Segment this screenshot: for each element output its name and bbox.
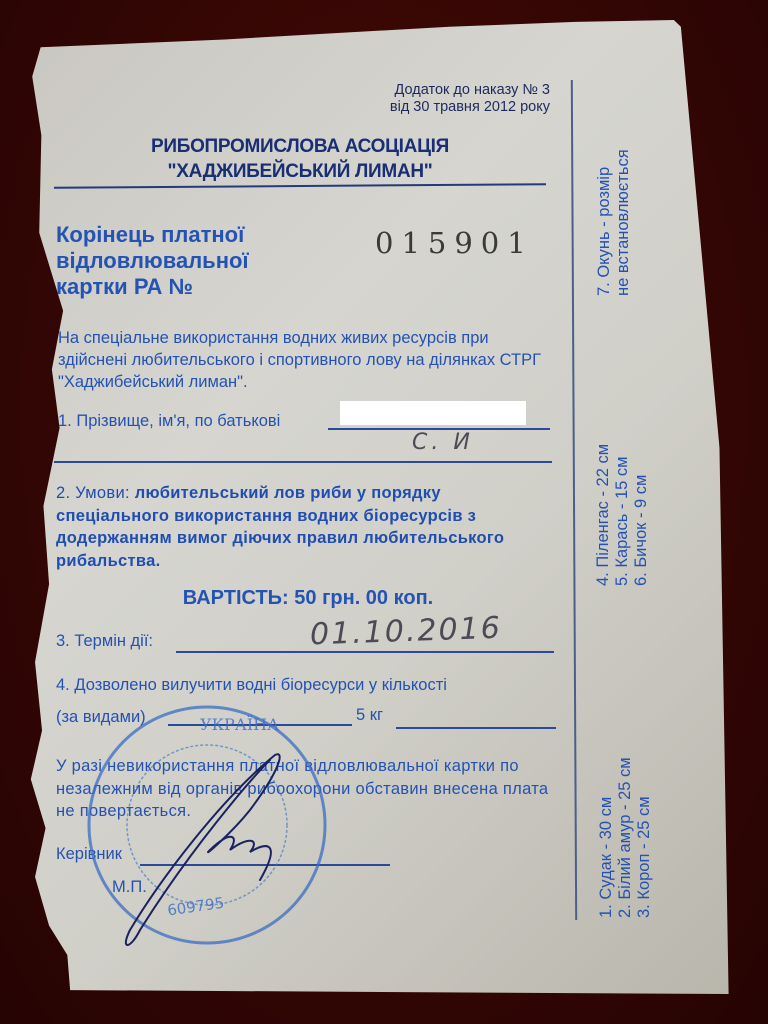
name-field-line-2 (54, 461, 552, 463)
conditions-text: 2. Умови: любительський лов риби у поряд… (56, 482, 556, 572)
allowed-amount: 5 кг (356, 706, 383, 725)
conditions-label: 2. Умови: (56, 484, 130, 502)
allowed-label: 4. Дозволено вилучити водні біоресурси у… (56, 676, 447, 695)
validity-label: 3. Термін дії: (56, 632, 153, 651)
stub-title-line-1: Корінець платної (56, 222, 249, 248)
signature-scribble-icon (100, 740, 300, 960)
size-item-7: 7. Окунь - розмір (594, 167, 614, 296)
size-item-6: 6. Бичок - 9 см (631, 475, 651, 586)
name-field-label: 1. Прізвище, ім'я, по батькові (58, 412, 280, 431)
stub-title-line-3: картки РА № (56, 274, 249, 300)
size-item-3: 3. Короп - 25 см (634, 796, 654, 918)
size-item-5: 5. Карась - 15 см (612, 456, 632, 586)
addendum-line-2: від 30 травня 2012 року (330, 99, 550, 116)
serial-number: 015901 (375, 226, 534, 260)
association-line-2: "ХАДЖИБЕЙСЬКИЙ ЛИМАН" (60, 159, 540, 184)
redacted-name-box (340, 401, 526, 425)
association-line-1: РИБОПРОМИСЛОВА АСОЦІАЦІЯ (60, 134, 540, 159)
svg-text:УКРАЇНА: УКРАЇНА (200, 714, 279, 734)
size-item-1: 1. Судак - 30 см (596, 797, 616, 918)
addendum-note: Додаток до наказу № 3 від 30 травня 2012… (330, 82, 550, 116)
validity-line (176, 651, 554, 653)
stub-title: Корінець платної відловлювальної картки … (56, 222, 249, 300)
handwritten-initials: С. И (412, 430, 474, 455)
association-name: РИБОПРОМИСЛОВА АСОЦІАЦІЯ "ХАДЖИБЕЙСЬКИЙ … (60, 134, 540, 184)
addendum-line-1: Додаток до наказу № 3 (330, 82, 550, 99)
stub-title-line-2: відловлювальної (56, 248, 249, 274)
intro-text: На спеціальне використання водних живих … (58, 327, 552, 393)
price: ВАРТІСТЬ: 50 грн. 00 коп. (58, 587, 558, 610)
size-item-7-cont: не встановлюється (613, 149, 633, 296)
size-item-4: 4. Піленгас - 22 см (593, 444, 613, 586)
size-item-2: 2. Білий амур - 25 см (615, 757, 635, 918)
handwritten-validity-date: 01.10.2016 (309, 611, 502, 653)
amount-line (396, 727, 556, 729)
